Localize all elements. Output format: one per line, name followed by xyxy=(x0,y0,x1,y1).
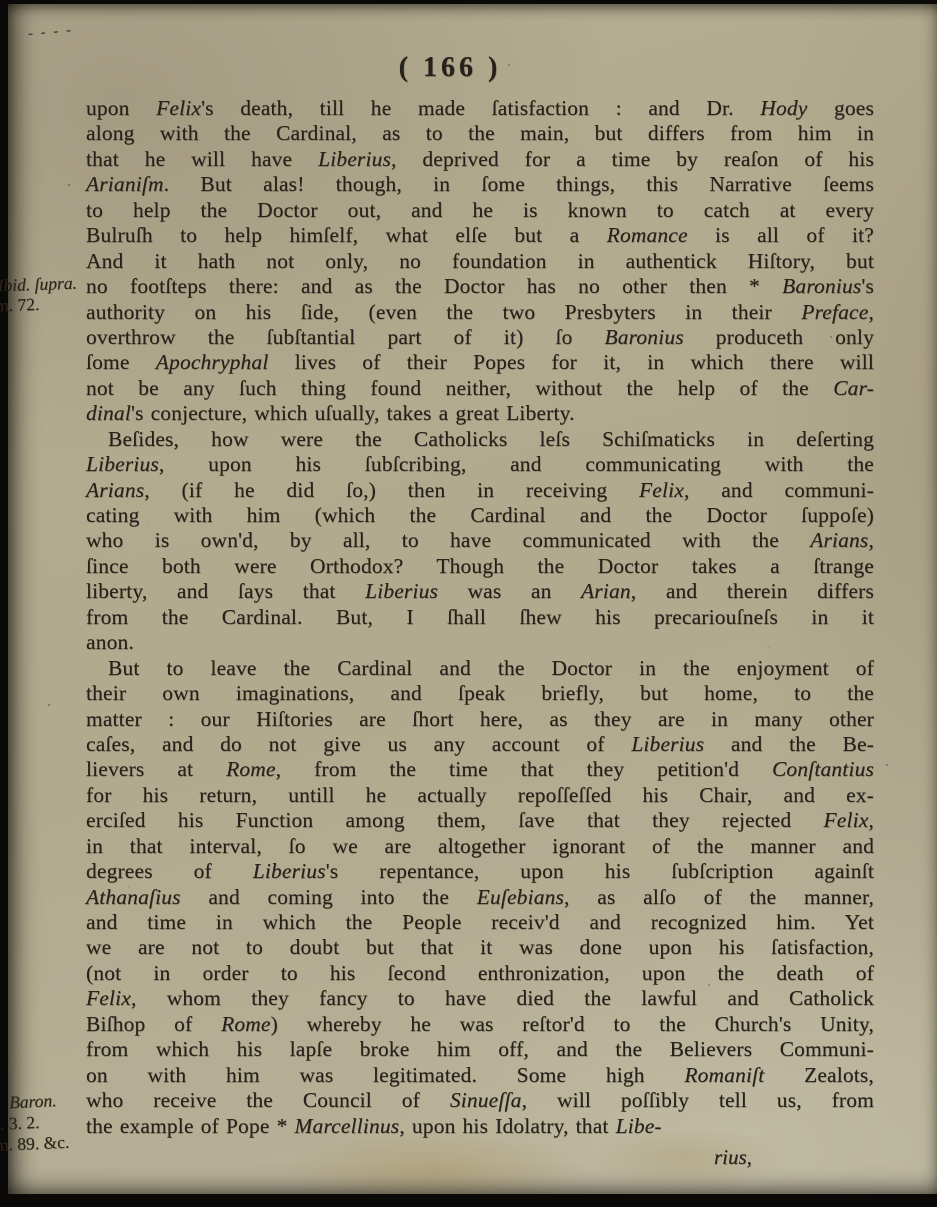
italic-text: Sinueſſa xyxy=(450,1088,522,1112)
roman-text: along with the Cardinal, as to the main,… xyxy=(86,121,874,145)
roman-text: . But alas! though, in ſome things, this… xyxy=(164,172,874,196)
roman-text: 's conjecture, which uſually, takes a gr… xyxy=(131,401,575,425)
italic-text: Apochryphal xyxy=(156,350,269,374)
roman-text: , deprived for a time by reaſon of his xyxy=(391,147,874,171)
text-line: anon. xyxy=(86,630,874,655)
roman-text: overthrow the ſubſtantial part of it) ſo xyxy=(86,325,605,349)
text-line: we are not to doubt but that it was done… xyxy=(86,935,874,960)
italic-text: Arians xyxy=(86,478,144,502)
text-line: that he will have Liberius, deprived for… xyxy=(86,147,874,172)
margin-note-line: Ibid. ſupra. xyxy=(0,274,77,296)
text-line: Felix, whom they fancy to have died the … xyxy=(86,986,874,1011)
text-line: on with him was legitimated. Some high R… xyxy=(86,1063,874,1088)
roman-text: the example of Pope * xyxy=(86,1114,295,1138)
margin-note-line: um. 72. xyxy=(0,293,78,316)
text-line: Bulruſh to help himſelf, what elſe but a… xyxy=(86,223,874,248)
italic-text: Felix xyxy=(86,986,131,1010)
roman-text: ſome xyxy=(86,350,156,374)
text-line: cating with him (which the Cardinal and … xyxy=(86,503,874,528)
roman-text: that he will have xyxy=(86,147,318,171)
text-line: overthrow the ſubſtantial part of it) ſo… xyxy=(86,325,874,350)
italic-text: Liberius xyxy=(318,147,391,171)
roman-text: Beſides, how were the Catholicks leſs Sc… xyxy=(108,427,874,451)
italic-text: Conſtantius xyxy=(772,757,874,781)
roman-text: lievers at xyxy=(86,757,226,781)
roman-text: Biſhop of xyxy=(86,1012,221,1036)
text-line: the example of Pope * Marcellinus, upon … xyxy=(86,1114,874,1139)
roman-text: from which his lapſe broke him off, and … xyxy=(86,1037,874,1061)
roman-text: , and therein differs xyxy=(631,579,874,603)
text-line: Liberius, upon his ſubſcribing, and comm… xyxy=(86,452,874,477)
text-line: lievers at Rome, from the time that they… xyxy=(86,757,874,782)
text-line: who receive the Council of Sinueſſa, wil… xyxy=(86,1088,874,1113)
text-line: their own imaginations, and ſpeak briefl… xyxy=(86,681,874,706)
italic-text: Liberius xyxy=(631,732,704,756)
text-line: along with the Cardinal, as to the main,… xyxy=(86,121,874,146)
roman-text: goes xyxy=(807,96,874,120)
roman-text: , xyxy=(868,808,874,832)
text-line: erciſed his Function among them, ſave th… xyxy=(86,808,874,833)
roman-text: , xyxy=(868,300,874,324)
text-line: matter : our Hiſtories are ſhort here, a… xyxy=(86,707,874,732)
roman-text: 's xyxy=(861,274,874,298)
roman-text: , whom they fancy to have died the lawfu… xyxy=(131,986,874,1010)
text-line: Arians, (if he did ſo,) then in receivin… xyxy=(86,478,874,503)
roman-text: is all of it? xyxy=(688,223,874,247)
roman-text: who receive the Council of xyxy=(86,1088,450,1112)
italic-text: dinal xyxy=(86,401,131,425)
text-line: authority on his ſide, (even the two Pre… xyxy=(86,300,874,325)
text-line: not be any ſuch thing found neither, wit… xyxy=(86,376,874,401)
roman-text: who is own'd, by all, to have communicat… xyxy=(86,528,810,552)
roman-text: erciſed his Function among them, ſave th… xyxy=(86,808,823,832)
roman-text: no footſteps there: and as the Doctor ha… xyxy=(86,274,782,298)
roman-text: , upon his Idolatry, that xyxy=(399,1114,615,1138)
paper: - - - - ( 166 ) Ibid. ſupra.um. 72. Baro… xyxy=(8,4,937,1194)
roman-text: , will poſſibly tell us, from xyxy=(522,1088,874,1112)
margin-note-ibid: Ibid. ſupra.um. 72. xyxy=(0,274,78,316)
roman-text: , as alſo of the manner, xyxy=(564,885,874,909)
text-line: But to leave the Cardinal and the Doctor… xyxy=(86,656,874,681)
roman-text: produceth only xyxy=(684,325,874,349)
text-line: from which his lapſe broke him off, and … xyxy=(86,1037,874,1062)
italic-text: Liberius xyxy=(253,859,326,883)
roman-text: Bulruſh to help himſelf, what elſe but a xyxy=(86,223,607,247)
italic-text: Rome xyxy=(226,757,276,781)
text-line: ſome Apochryphal lives of their Popes fo… xyxy=(86,350,874,375)
margin-note-line: m. 89. &c. xyxy=(0,1132,70,1156)
italic-text: Liberius xyxy=(86,452,159,476)
italic-text: Liberius xyxy=(365,579,438,603)
text-line: to help the Doctor out, and he is known … xyxy=(86,198,874,223)
text-line: Arianiſm. But alas! though, in ſome thin… xyxy=(86,172,874,197)
roman-text: And it hath not only, no foundation in a… xyxy=(86,249,874,273)
italic-text: Arian xyxy=(581,579,631,603)
roman-text: , from the time that they petition'd xyxy=(276,757,772,781)
text-line: in that interval, ſo we are altogether i… xyxy=(86,834,874,859)
catchword: rius, xyxy=(714,1145,752,1170)
roman-text: ſince both were Orthodox? Though the Doc… xyxy=(86,554,874,578)
roman-text: on with him was legitimated. Some high xyxy=(86,1063,684,1087)
roman-text: liberty, and ſays that xyxy=(86,579,365,603)
text-line: And it hath not only, no foundation in a… xyxy=(86,249,874,274)
roman-text: ) whereby he was reſtor'd to the Church'… xyxy=(271,1012,874,1036)
text-line: (not in order to his ſecond enthronizati… xyxy=(86,961,874,986)
roman-text: in that interval, ſo we are altogether i… xyxy=(86,834,874,858)
roman-text: 's repentance, upon his ſubſcription aga… xyxy=(326,859,874,883)
margin-note-line: . 3. 2. xyxy=(0,1111,69,1135)
italic-text: Rome xyxy=(221,1012,271,1036)
text-line: Biſhop of Rome) whereby he was reſtor'd … xyxy=(86,1012,874,1037)
italic-text: Hody xyxy=(760,96,807,120)
roman-text: cating with him (which the Cardinal and … xyxy=(86,503,874,527)
italic-text: Preface xyxy=(801,300,868,324)
roman-text: , upon his ſubſcribing, and communicatin… xyxy=(159,452,874,476)
roman-text: , xyxy=(868,528,874,552)
roman-text: from the Cardinal. But, I ſhall ſhew his… xyxy=(86,605,874,629)
roman-text: authority on his ſide, (even the two Pre… xyxy=(86,300,801,324)
page-number: ( 166 ) xyxy=(360,52,540,84)
roman-text: to help the Doctor out, and he is known … xyxy=(86,198,874,222)
roman-text: Zealots, xyxy=(764,1063,874,1087)
italic-text: Felix xyxy=(156,96,201,120)
roman-text: we are not to doubt but that it was done… xyxy=(86,935,874,959)
text-line: for his return, untill he actually repoſ… xyxy=(86,783,874,808)
roman-text: lives of their Popes for it, in which th… xyxy=(268,350,874,374)
text-line: from the Cardinal. But, I ſhall ſhew his… xyxy=(86,605,874,630)
roman-text: 's death, till he made ſatisfaction : an… xyxy=(201,96,760,120)
text-line: upon Felix's death, till he made ſatisfa… xyxy=(86,96,874,121)
italic-text: Marcellinus xyxy=(295,1114,400,1138)
italic-text: Romance xyxy=(607,223,688,247)
text-line: liberty, and ſays that Liberius was an A… xyxy=(86,579,874,604)
margin-note-baron: Baron.. 3. 2.m. 89. &c. xyxy=(9,1090,70,1155)
text-line: Athanaſius and coming into the Euſebians… xyxy=(86,885,874,910)
roman-text: and the Be- xyxy=(704,732,874,756)
text-line: caſes, and do not give us any account of… xyxy=(86,732,874,757)
text-line: dinal's conjecture, which uſually, takes… xyxy=(86,401,874,426)
italic-text: Baronius xyxy=(605,325,684,349)
text-line: degrees of Liberius's repentance, upon h… xyxy=(86,859,874,884)
roman-text: caſes, and do not give us any account of xyxy=(86,732,631,756)
italic-text: Arians xyxy=(810,528,868,552)
italic-text: Libe- xyxy=(616,1114,662,1138)
text-line: and time in which the People receiv'd an… xyxy=(86,910,874,935)
italic-text: Baronius xyxy=(782,274,861,298)
roman-text: (not in order to his ſecond enthronizati… xyxy=(86,961,874,985)
roman-text: upon xyxy=(86,96,156,120)
margin-note-line: Baron. xyxy=(9,1090,68,1114)
roman-text: , (if he did ſo,) then in receiving xyxy=(144,478,639,502)
italic-text: Arianiſm xyxy=(86,172,164,196)
italic-text: Romaniſt xyxy=(684,1063,764,1087)
italic-text: Euſebians xyxy=(477,885,564,909)
italic-text: Athanaſius xyxy=(86,885,181,909)
roman-text: anon. xyxy=(86,630,134,654)
roman-text: But to leave the Cardinal and the Doctor… xyxy=(108,656,874,680)
roman-text: and coming into the xyxy=(181,885,477,909)
text-line: who is own'd, by all, to have communicat… xyxy=(86,528,874,553)
italic-text: Felix xyxy=(823,808,868,832)
paper-speckles xyxy=(8,4,10,6)
roman-text: their own imaginations, and ſpeak briefl… xyxy=(86,681,874,705)
roman-text: matter : our Hiſtories are ſhort here, a… xyxy=(86,707,874,731)
roman-text: , and communi- xyxy=(684,478,874,502)
italic-text: Car- xyxy=(833,376,874,400)
text-line: Beſides, how were the Catholicks leſs Sc… xyxy=(86,427,874,452)
roman-text: for his return, untill he actually repoſ… xyxy=(86,783,874,807)
text-line: no footſteps there: and as the Doctor ha… xyxy=(86,274,874,299)
roman-text: and time in which the People receiv'd an… xyxy=(86,910,874,934)
roman-text: was an xyxy=(438,579,581,603)
roman-text: not be any ſuch thing found neither, wit… xyxy=(86,376,833,400)
ink-mark: - - - - xyxy=(27,22,74,43)
roman-text: degrees of xyxy=(86,859,253,883)
text-line: ſince both were Orthodox? Though the Doc… xyxy=(86,554,874,579)
body-text: upon Felix's death, till he made ſatisfa… xyxy=(86,96,874,1139)
italic-text: Felix xyxy=(639,478,684,502)
